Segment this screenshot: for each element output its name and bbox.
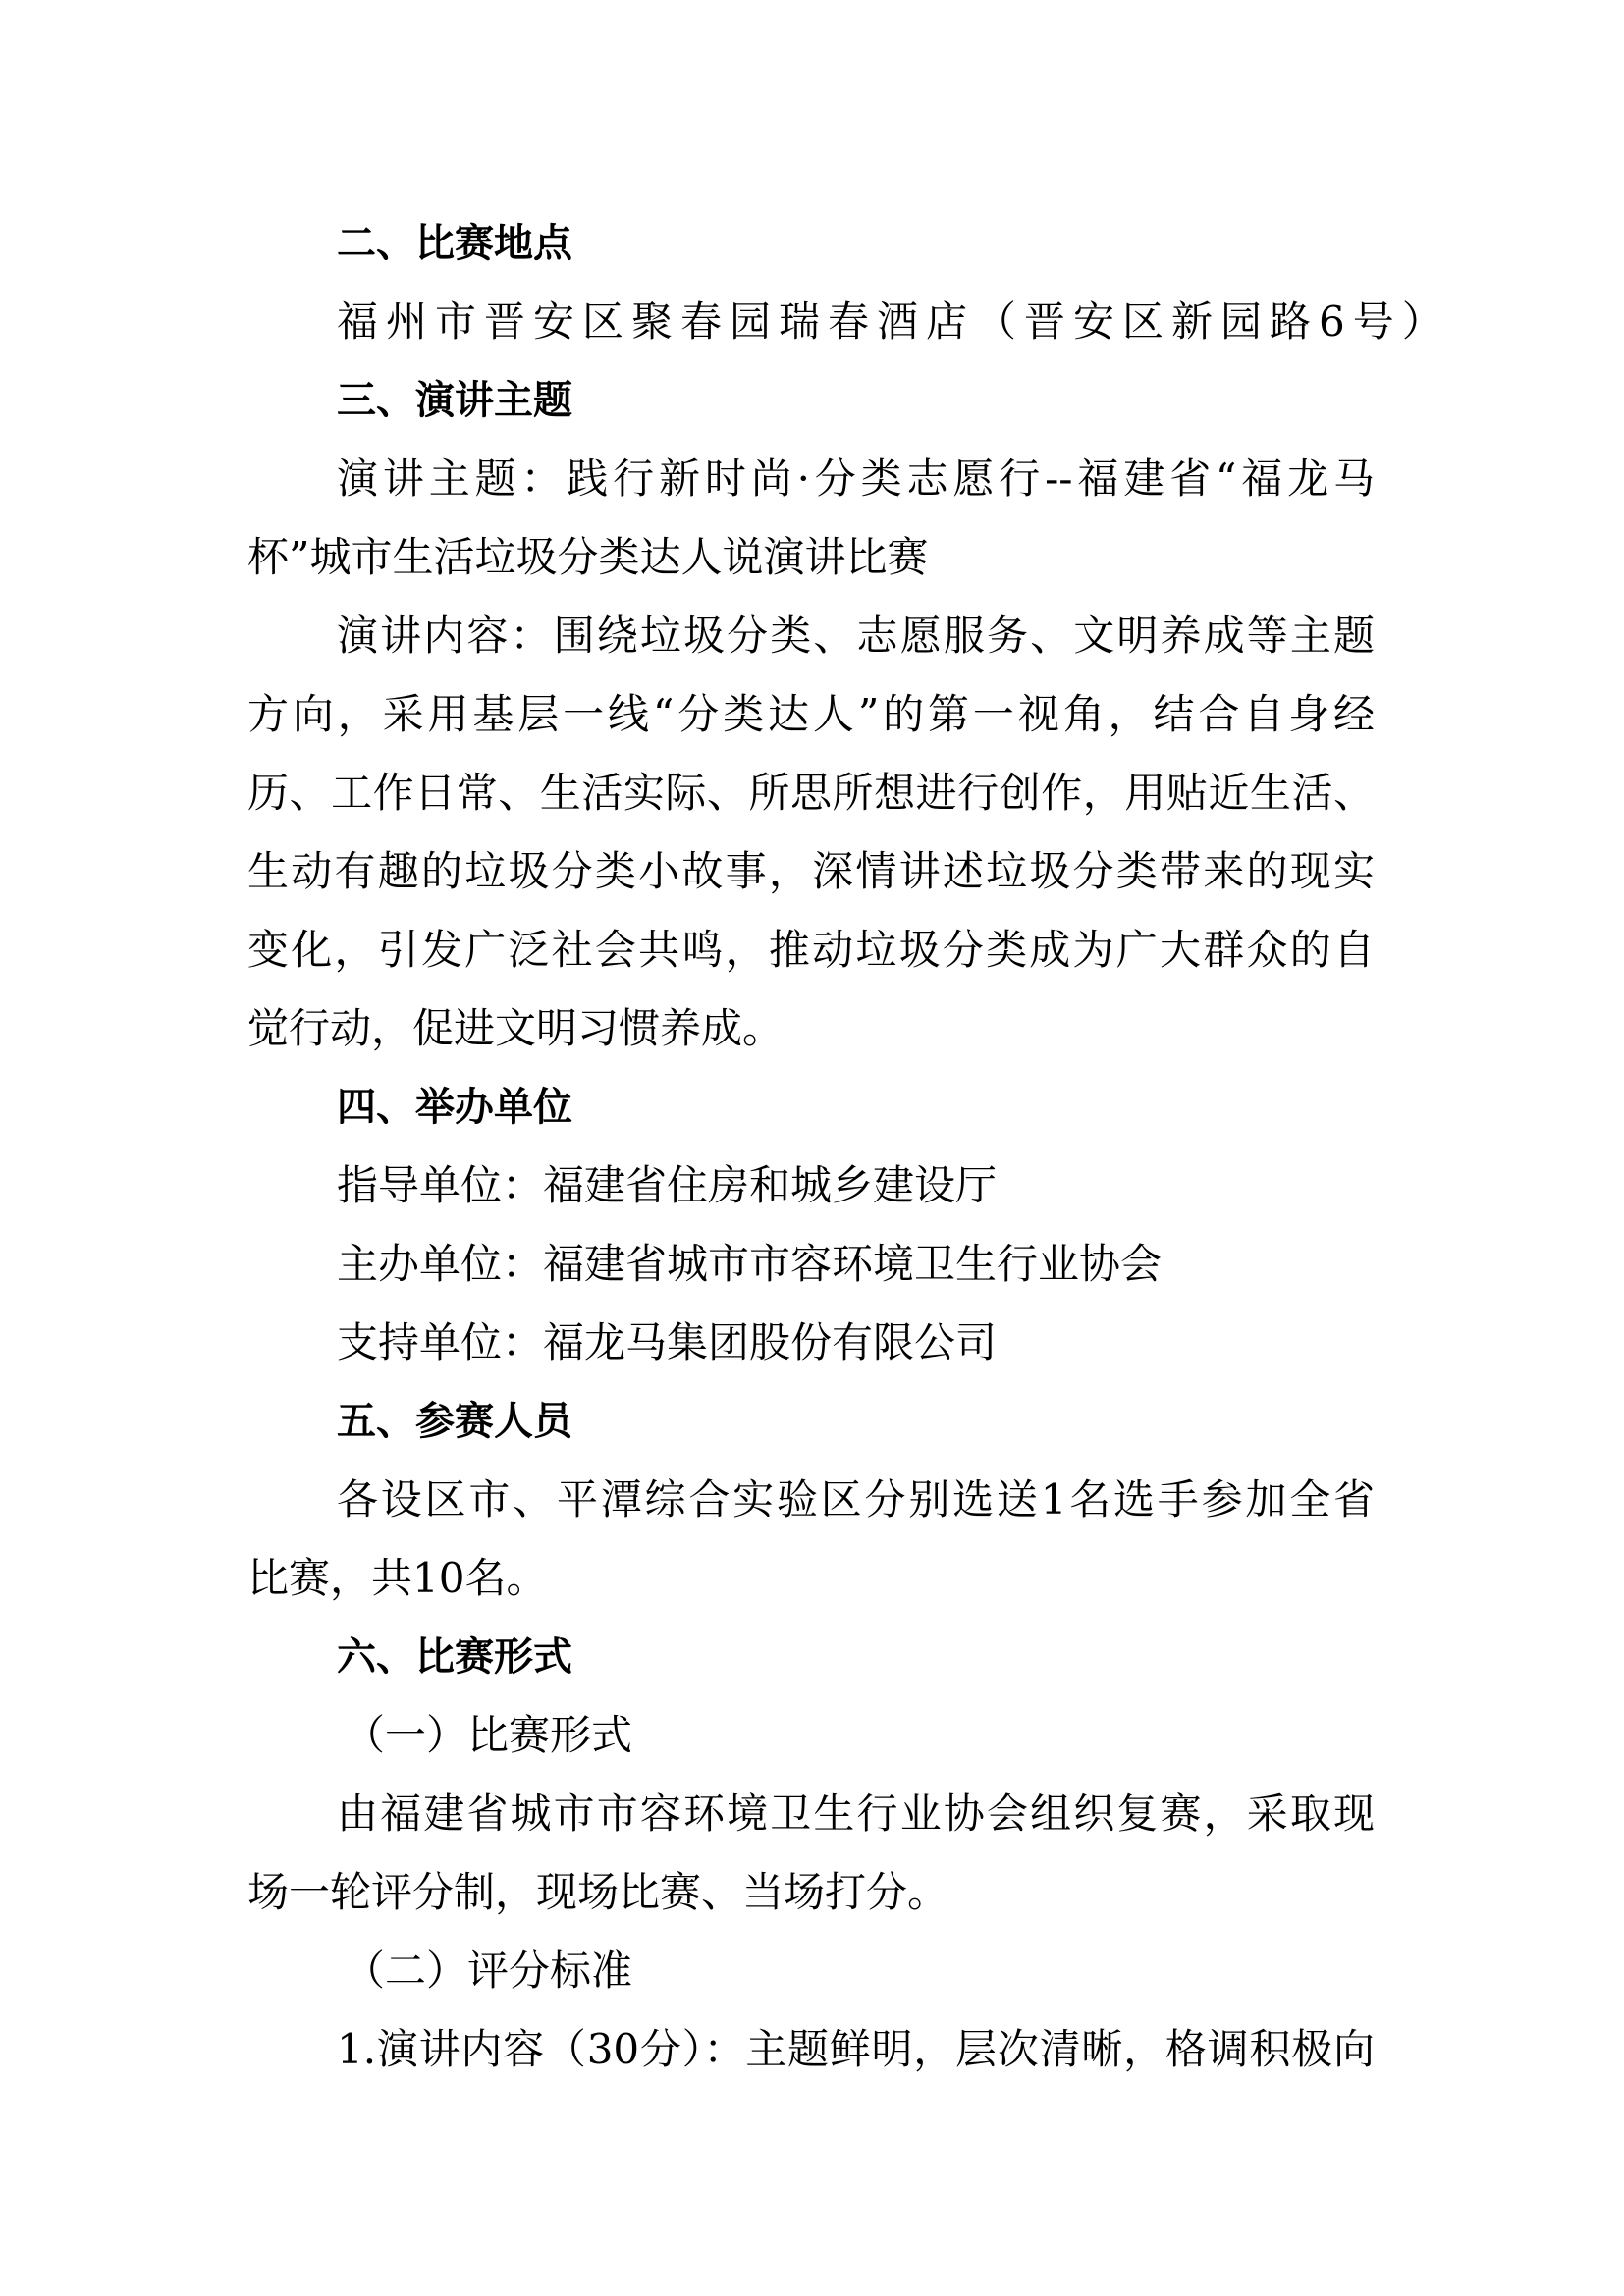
section-heading-venue: 二、比赛地点	[337, 204, 1464, 283]
paragraph-line: 生动有趣的垃圾分类小故事，深情讲述垃圾分类带来的现实	[247, 832, 1375, 911]
section-heading-organizers: 四、举办单位	[337, 1068, 1464, 1147]
section-heading-participants: 五、参赛人员	[337, 1382, 1464, 1461]
paragraph-line: 各设区市、平潭综合实验区分别选送1名选手参加全省	[337, 1461, 1375, 1539]
paragraph-line: 场一轮评分制，现场比赛、当场打分。	[247, 1853, 1375, 1932]
paragraph-line: 方向，采用基层一线“分类达人”的第一视角，结合自身经	[247, 675, 1375, 754]
paragraph-line: 杯”城市生活垃圾分类达人说演讲比赛	[247, 518, 1375, 597]
organizer-host-unit: 主办单位：福建省城市市容环境卫生行业协会	[337, 1225, 1375, 1304]
organizer-support-unit: 支持单位：福龙马集团股份有限公司	[337, 1304, 1375, 1382]
paragraph-line: 演讲主题：践行新时尚·分类志愿行--福建省“福龙马	[337, 440, 1375, 518]
paragraph-line: 由福建省城市市容环境卫生行业协会组织复赛，采取现	[337, 1775, 1375, 1853]
organizer-guiding-unit: 指导单位：福建省住房和城乡建设厅	[337, 1147, 1375, 1225]
paragraph-line: 演讲内容：围绕垃圾分类、志愿服务、文明养成等主题	[337, 597, 1375, 675]
paragraph-line: 比赛，共10名。	[247, 1539, 1375, 1618]
paragraph-line: 变化，引发广泛社会共鸣，推动垃圾分类成为广大群众的自	[247, 911, 1375, 989]
document-page: 二、比赛地点 福州市晋安区聚春园瑞春酒店（晋安区新园路6号） 三、演讲主题 演讲…	[0, 0, 1624, 2296]
section-heading-format: 六、比赛形式	[337, 1618, 1464, 1696]
subsection-title-format: （一）比赛形式	[344, 1696, 1375, 1775]
section-heading-theme: 三、演讲主题	[337, 361, 1464, 440]
paragraph-line: 历、工作日常、生活实际、所思所想进行创作，用贴近生活、	[247, 754, 1375, 832]
subsection-title-scoring: （二）评分标准	[344, 1932, 1375, 2010]
paragraph-line: 觉行动，促进文明习惯养成。	[247, 989, 1375, 1068]
venue-text: 福州市晋安区聚春园瑞春酒店（晋安区新园路6号）	[337, 283, 1375, 361]
paragraph-line: 1.演讲内容（30分）：主题鲜明，层次清晰，格调积极向	[337, 2010, 1375, 2089]
